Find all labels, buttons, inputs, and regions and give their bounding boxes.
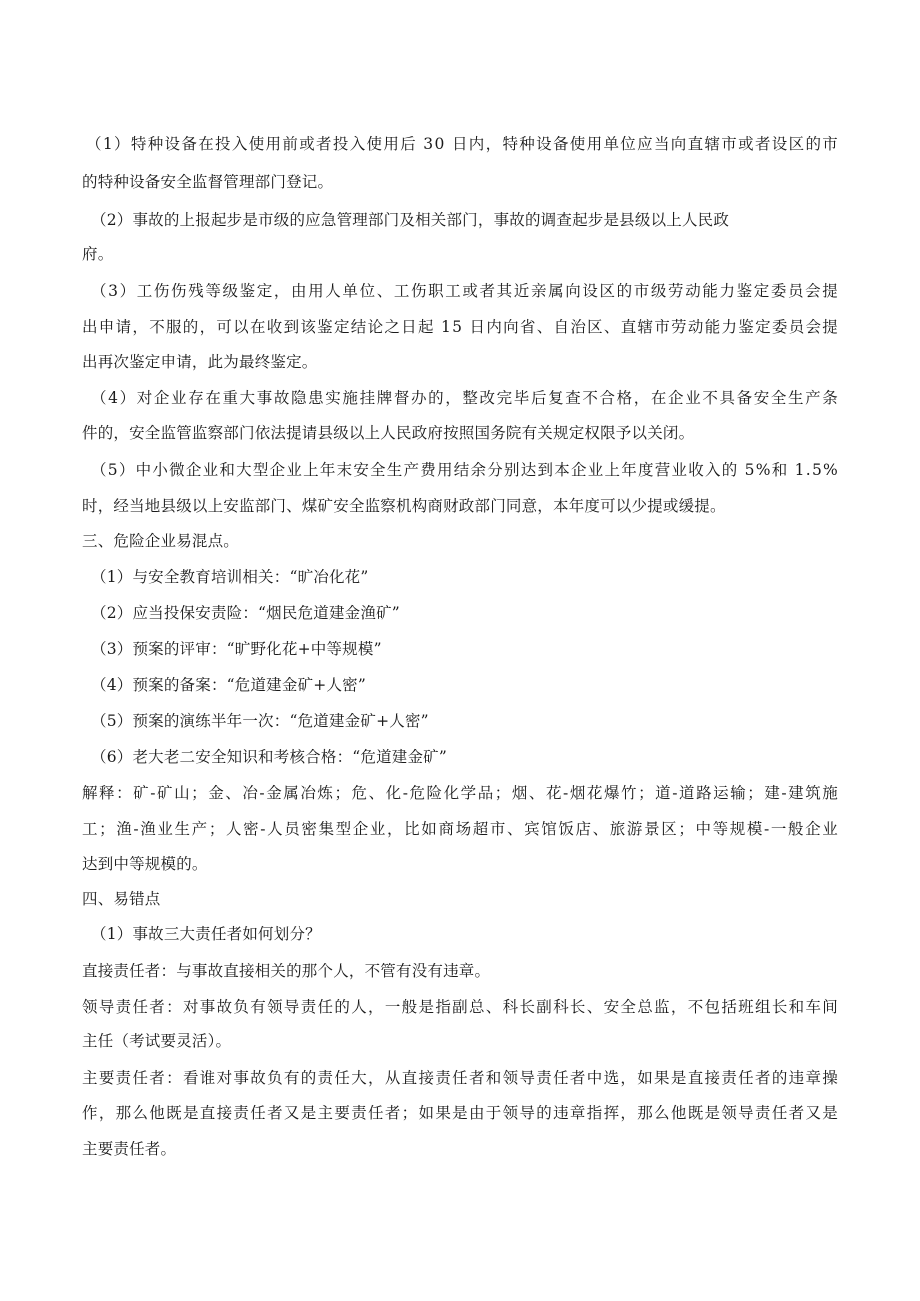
text-line: （5）预案的演练半年一次：“危道建金矿+人密” bbox=[91, 711, 851, 731]
text-line: 工；渔-渔业生产；人密-人员密集型企业，比如商场超市、宾馆饭店、旅游景区；中等规… bbox=[82, 819, 842, 839]
text-line: （2）事故的上报起步是市级的应急管理部门及相关部门，事故的调查起步是县级以上人民… bbox=[91, 210, 851, 230]
text-line: 四、易错点 bbox=[82, 889, 842, 909]
text-line: 时，经当地县级以上安监部门、煤矿安全监察机构商财政部门同意，本年度可以少提或缓提… bbox=[82, 496, 842, 516]
text-line: 直接责任者：与事故直接相关的那个人，不管有没有违章。 bbox=[82, 961, 842, 981]
text-line: （1）与安全教育培训相关：“旷冶化花” bbox=[91, 567, 851, 587]
text-line: 解释：矿-矿山；金、冶-金属冶炼；危、化-危险化学品；烟、花-烟花爆竹；道-道路… bbox=[82, 783, 842, 803]
text-line: （2）应当投保安责险：“烟民危道建金渔矿” bbox=[91, 603, 851, 623]
text-line: 府。 bbox=[82, 244, 842, 264]
text-line: 出再次鉴定申请，此为最终鉴定。 bbox=[82, 352, 842, 372]
text-line: 主任（考试要灵活）。 bbox=[82, 1031, 842, 1051]
document-page: （1）特种设备在投入使用前或者投入使用后 30 日内，特种设备使用单位应当向直辖… bbox=[0, 0, 920, 1301]
text-line: （5）中小微企业和大型企业上年末安全生产费用结余分别达到本企业上年度营业收入的 … bbox=[91, 460, 851, 480]
text-line: （3）工伤伤残等级鉴定，由用人单位、工伤职工或者其近亲属向设区的市级劳动能力鉴定… bbox=[91, 281, 851, 301]
text-line: （4）预案的备案：“危道建金矿+人密” bbox=[91, 675, 851, 695]
text-line: 作，那么他既是直接责任者又是主要责任者；如果是由于领导的违章指挥，那么他既是领导… bbox=[82, 1103, 842, 1123]
text-line: （4）对企业存在重大事故隐患实施挂牌督办的，整改完毕后复查不合格，在企业不具备安… bbox=[91, 388, 851, 408]
text-line: 出申请，不服的，可以在收到该鉴定结论之日起 15 日内向省、自治区、直辖市劳动能… bbox=[82, 317, 842, 337]
text-line: 领导责任者：对事故负有领导责任的人，一般是指副总、科长副科长、安全总监，不包括班… bbox=[82, 997, 842, 1017]
text-line: 的特种设备安全监督管理部门登记。 bbox=[82, 172, 842, 192]
text-line: 三、危险企业易混点。 bbox=[82, 531, 842, 551]
text-line: （3）预案的评审：“旷野化花+中等规模” bbox=[91, 639, 851, 659]
text-line: （1）特种设备在投入使用前或者投入使用后 30 日内，特种设备使用单位应当向直辖… bbox=[86, 134, 846, 154]
text-line: 主要责任者。 bbox=[82, 1139, 842, 1159]
text-line: 主要责任者：看谁对事故负有的责任大，从直接责任者和领导责任者中选，如果是直接责任… bbox=[82, 1068, 842, 1088]
text-line: （1）事故三大责任者如何划分？ bbox=[91, 924, 851, 944]
text-line: （6）老大老二安全知识和考核合格：“危道建金矿” bbox=[91, 747, 851, 767]
text-line: 达到中等规模的。 bbox=[82, 854, 842, 874]
text-line: 件的，安全监管监察部门依法提请县级以上人民政府按照国务院有关规定权限予以关闭。 bbox=[82, 423, 842, 443]
